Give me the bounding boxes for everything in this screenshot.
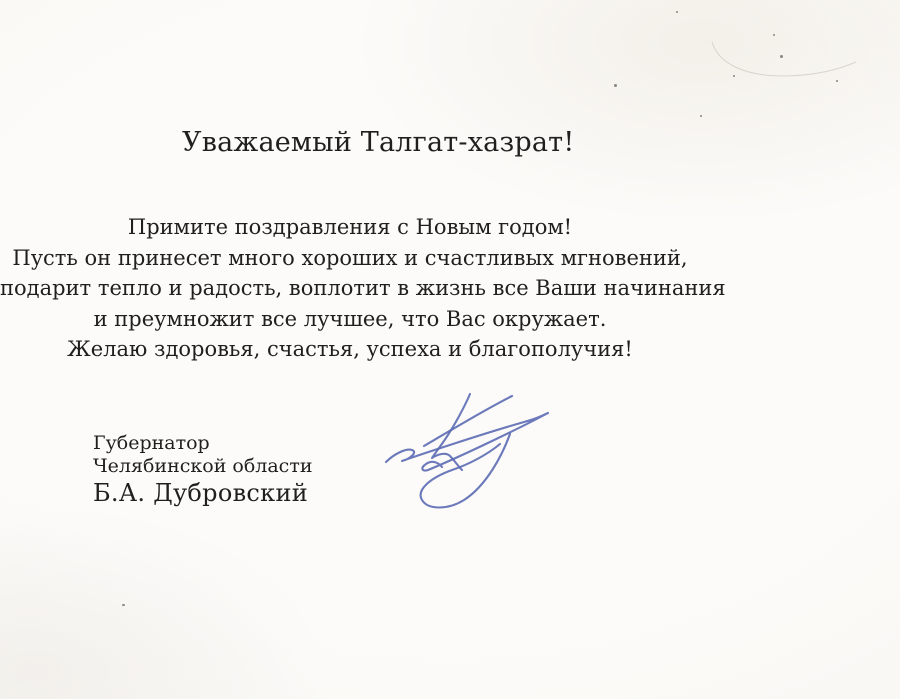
signer-name: Б.А. Дубровский	[93, 479, 313, 507]
body-line: Примите поздравления с Новым годом!	[0, 212, 700, 243]
signer-title-line: Губернатор	[93, 432, 313, 455]
scan-speck	[614, 84, 617, 87]
handwritten-signature	[372, 382, 592, 532]
signer-title-line: Челябинской области	[93, 455, 313, 478]
scan-speck	[733, 75, 735, 77]
scan-speck	[700, 115, 702, 117]
salutation: Уважаемый Талгат-хазрат!	[182, 127, 574, 159]
body-line: и преумножит все лучшее, что Вас окружае…	[0, 304, 700, 335]
scan-speck	[773, 34, 775, 36]
body-line: Пусть он принесет много хороших и счастл…	[0, 243, 700, 274]
scanned-letter-page: Уважаемый Талгат-хазрат! Примите поздрав…	[0, 0, 900, 699]
scan-speck	[122, 604, 125, 606]
scan-speck	[836, 80, 838, 82]
signature-block: Губернатор Челябинской области Б.А. Дубр…	[93, 432, 313, 507]
body-line: Желаю здоровья, счастья, успеха и благоп…	[0, 334, 700, 365]
scan-crease-artifact	[690, 30, 880, 100]
scan-speck	[676, 11, 678, 13]
letter-body: Примите поздравления с Новым годом! Пуст…	[0, 212, 700, 365]
body-line: подарит тепло и радость, воплотит в жизн…	[0, 273, 700, 304]
scan-speck	[780, 55, 783, 58]
